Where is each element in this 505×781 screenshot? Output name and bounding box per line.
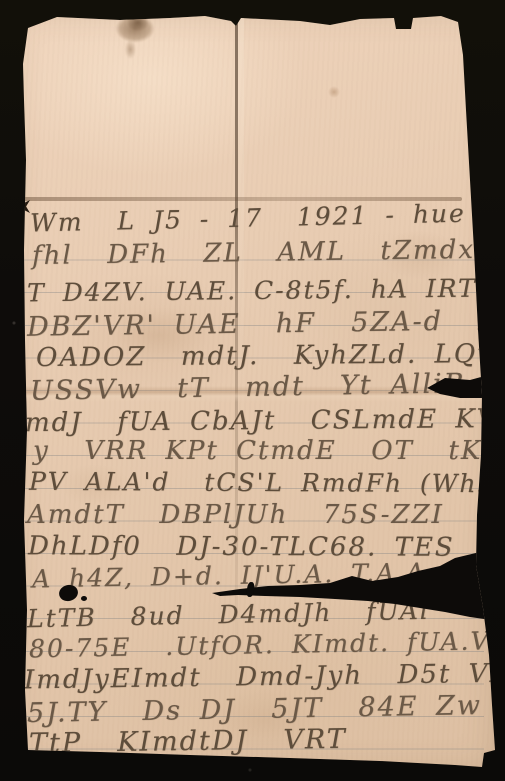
handwritten-line-10: AmdtT DBPlJUh 75S-ZZI <box>27 500 444 530</box>
handwritten-line-8: y VRR KPt CtmdE OT tKZ <box>33 436 502 466</box>
handwritten-line-3: T D4ZV. UAE. C-8t5f. hA IRT <box>27 274 477 308</box>
handwritten-line-16: 5J.TY Ds DJ 5JT 84E Zw <box>27 690 482 729</box>
date-line: Wm L J5 - 17 1921 - hue Df <box>30 197 505 237</box>
handwritten-line-9: PV ALA'd tCS'L RmdFh (Wh5 <box>29 467 496 498</box>
handwriting-layer: Wm L J5 - 17 1921 - hue Df fhl DFh ZL AM… <box>0 0 505 781</box>
handwritten-line-6: USSVw tT mdt Yt AlliB <box>30 368 466 407</box>
handwritten-line-7: mdJ fUA CbAJt CSLmdE KVR <box>25 404 505 438</box>
photograph-background: Wm L J5 - 17 1921 - hue Df fhl DFh ZL AM… <box>0 0 505 781</box>
handwritten-line-4: DBZ'VR' UAE hF 5ZA-d ZHRT <box>27 304 505 343</box>
handwritten-line-12: A h4Z, D+d. IJ'U.A. T.A.A <box>32 558 427 594</box>
letter-paper: Wm L J5 - 17 1921 - hue Df fhl DFh ZL AM… <box>0 0 505 781</box>
handwritten-line-2: fhl DFh ZL AML tZmdx <box>32 235 475 271</box>
handwritten-line-17: TtP KImdtDJ VRT <box>29 724 347 759</box>
